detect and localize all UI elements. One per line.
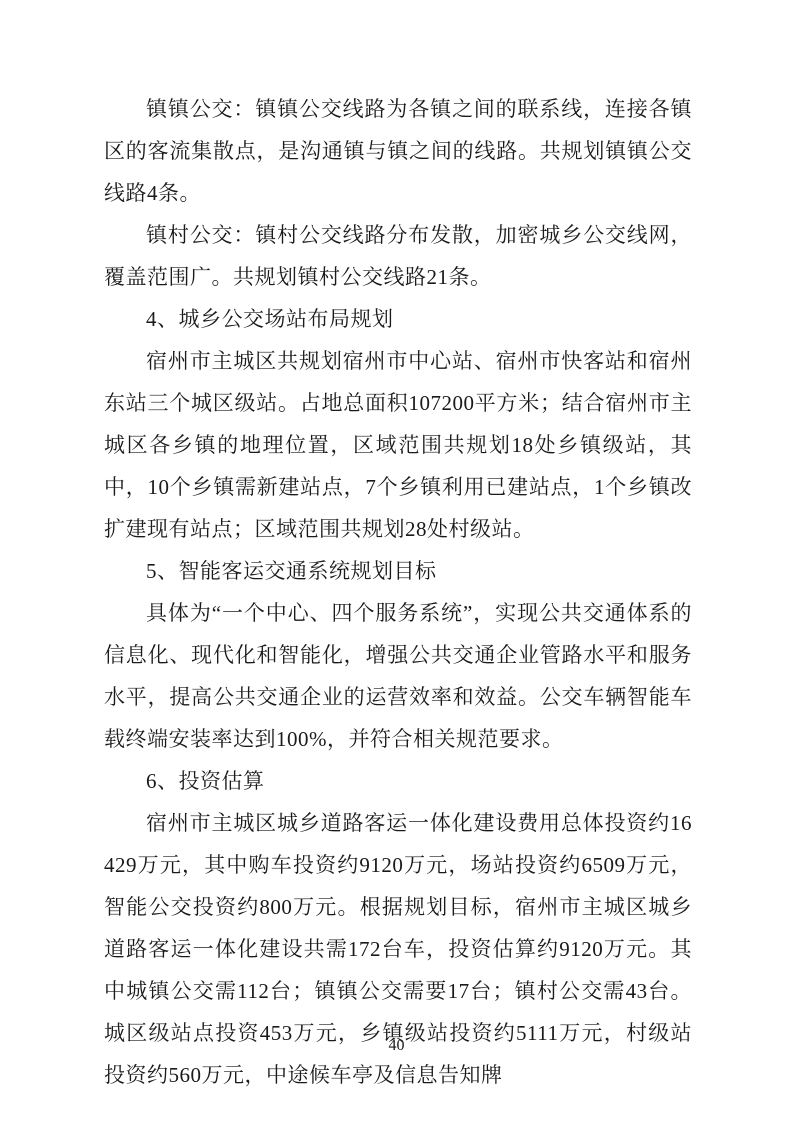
paragraph-intelligent-transit-details: 具体为“一个中心、四个服务系统”，实现公共交通体系的信息化、现代化和智能化，增强… — [104, 592, 692, 760]
section-heading-5-intelligent-transit-goal: 5、智能客运交通系统规划目标 — [104, 550, 692, 592]
document-page: 镇镇公交：镇镇公交线路为各镇之间的联系线，连接各镇区的客流集散点，是沟通镇与镇之… — [0, 0, 793, 1122]
section-heading-4-station-layout-plan: 4、城乡公交场站布局规划 — [104, 298, 692, 340]
document-body: 镇镇公交：镇镇公交线路为各镇之间的联系线，连接各镇区的客流集散点，是沟通镇与镇之… — [104, 88, 692, 1096]
section-heading-6-investment-estimate: 6、投资估算 — [104, 760, 692, 802]
page-number: 40 — [0, 1036, 793, 1056]
paragraph-station-layout-details: 宿州市主城区共规划宿州市中心站、宿州市快客站和宿州东站三个城区级站。占地总面积1… — [104, 340, 692, 550]
paragraph-town-to-village-transit: 镇村公交：镇村公交线路分布发散，加密城乡公交线网，覆盖范围广。共规划镇村公交线路… — [104, 214, 692, 298]
paragraph-town-to-town-transit: 镇镇公交：镇镇公交线路为各镇之间的联系线，连接各镇区的客流集散点，是沟通镇与镇之… — [104, 88, 692, 214]
